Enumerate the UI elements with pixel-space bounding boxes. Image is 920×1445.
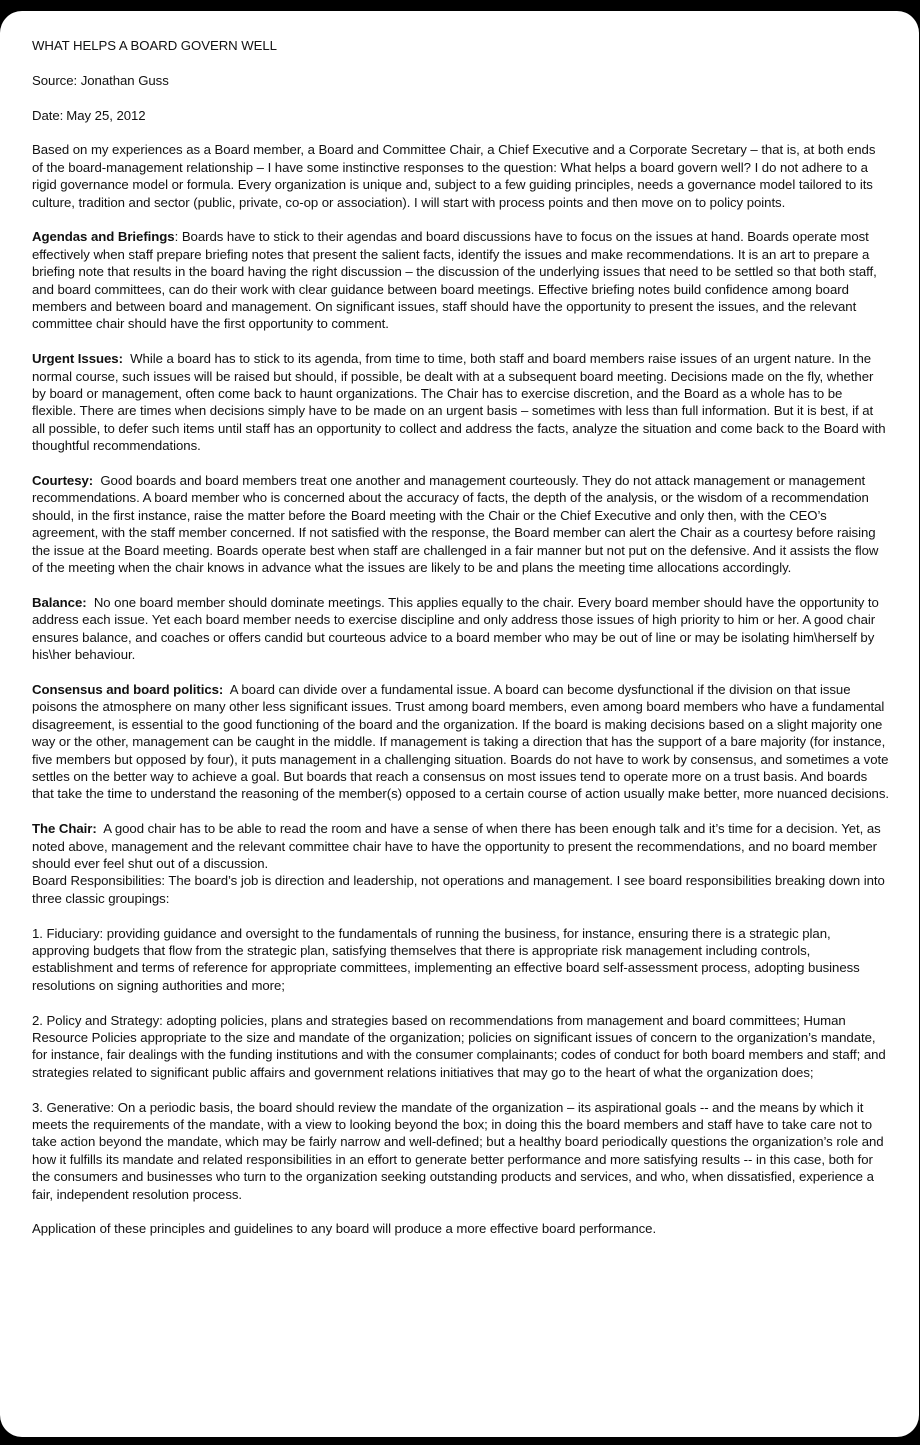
section-heading: Balance: <box>32 595 87 610</box>
section-agendas-briefings: Agendas and Briefings: Boards have to st… <box>32 228 889 332</box>
section-courtesy: Courtesy: Good boards and board members … <box>32 472 889 576</box>
section-body: A good chair has to be able to read the … <box>32 821 881 871</box>
intro-paragraph: Based on my experiences as a Board membe… <box>32 141 889 211</box>
section-heading: Consensus and board politics: <box>32 682 223 697</box>
section-body: No one board member should dominate meet… <box>32 595 879 662</box>
responsibility-generative: 3. Generative: On a periodic basis, the … <box>32 1099 889 1203</box>
section-heading: Agendas and Briefings <box>32 229 175 244</box>
conclusion-paragraph: Application of these principles and guid… <box>32 1220 889 1237</box>
responsibilities-intro: Board Responsibilities: The board’s job … <box>32 872 889 907</box>
date-label: Date: <box>32 108 63 123</box>
responsibility-policy-strategy: 2. Policy and Strategy: adopting policie… <box>32 1012 889 1082</box>
section-body: A board can divide over a fundamental is… <box>32 682 889 801</box>
date-value: May 25, 2012 <box>66 108 145 123</box>
section-urgent-issues: Urgent Issues: While a board has to stic… <box>32 350 889 454</box>
section-balance: Balance: No one board member should domi… <box>32 594 889 664</box>
document-title: WHAT HELPS A BOARD GOVERN WELL <box>32 37 889 54</box>
document-page: WHAT HELPS A BOARD GOVERN WELL Source: J… <box>0 11 919 1437</box>
section-the-chair: The Chair: A good chair has to be able t… <box>32 820 889 872</box>
section-heading: Courtesy: <box>32 473 93 488</box>
document-source: Source: Jonathan Guss <box>32 72 889 89</box>
section-heading: The Chair: <box>32 821 97 836</box>
section-body: Good boards and board members treat one … <box>32 473 878 575</box>
section-body: While a board has to stick to its agenda… <box>32 351 886 453</box>
section-consensus-politics: Consensus and board politics: A board ca… <box>32 681 889 803</box>
section-heading: Urgent Issues: <box>32 351 123 366</box>
section-body: Boards have to stick to their agendas an… <box>32 229 877 331</box>
document-date: Date:May 25, 2012 <box>32 107 889 124</box>
responsibility-fiduciary: 1. Fiduciary: providing guidance and ove… <box>32 925 889 995</box>
